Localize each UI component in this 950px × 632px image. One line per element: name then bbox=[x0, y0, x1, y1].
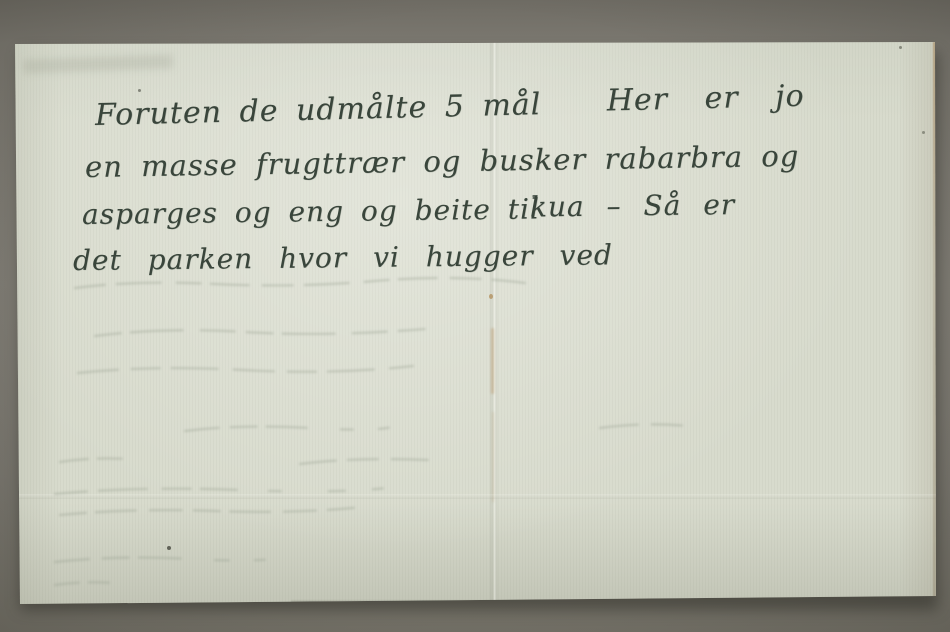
ink-speck bbox=[899, 46, 902, 49]
ink-speck bbox=[922, 131, 925, 134]
handwriting-line-1-right: Her er jo bbox=[606, 79, 805, 119]
handwriting-line-4-text: det parken hvor vi hugger ved bbox=[73, 238, 613, 277]
handwriting-line-3: asparges og eng og beite til kua – Så er bbox=[82, 192, 540, 231]
ink-speck bbox=[138, 89, 141, 92]
letter-paper: Foruten de udmålte 5 mål Her er jo en ma… bbox=[15, 42, 936, 604]
ink-speck bbox=[167, 546, 171, 550]
photo: { "colors": { "background_grey": "#7d7a7… bbox=[0, 0, 950, 632]
handwriting-line-3-left: asparges og eng og beite til bbox=[82, 192, 540, 231]
handwriting-line-3-right: kua – Så er bbox=[530, 188, 736, 224]
handwriting-line-4: det parken hvor vi hugger ved bbox=[73, 238, 613, 277]
rust-speck bbox=[489, 294, 493, 299]
